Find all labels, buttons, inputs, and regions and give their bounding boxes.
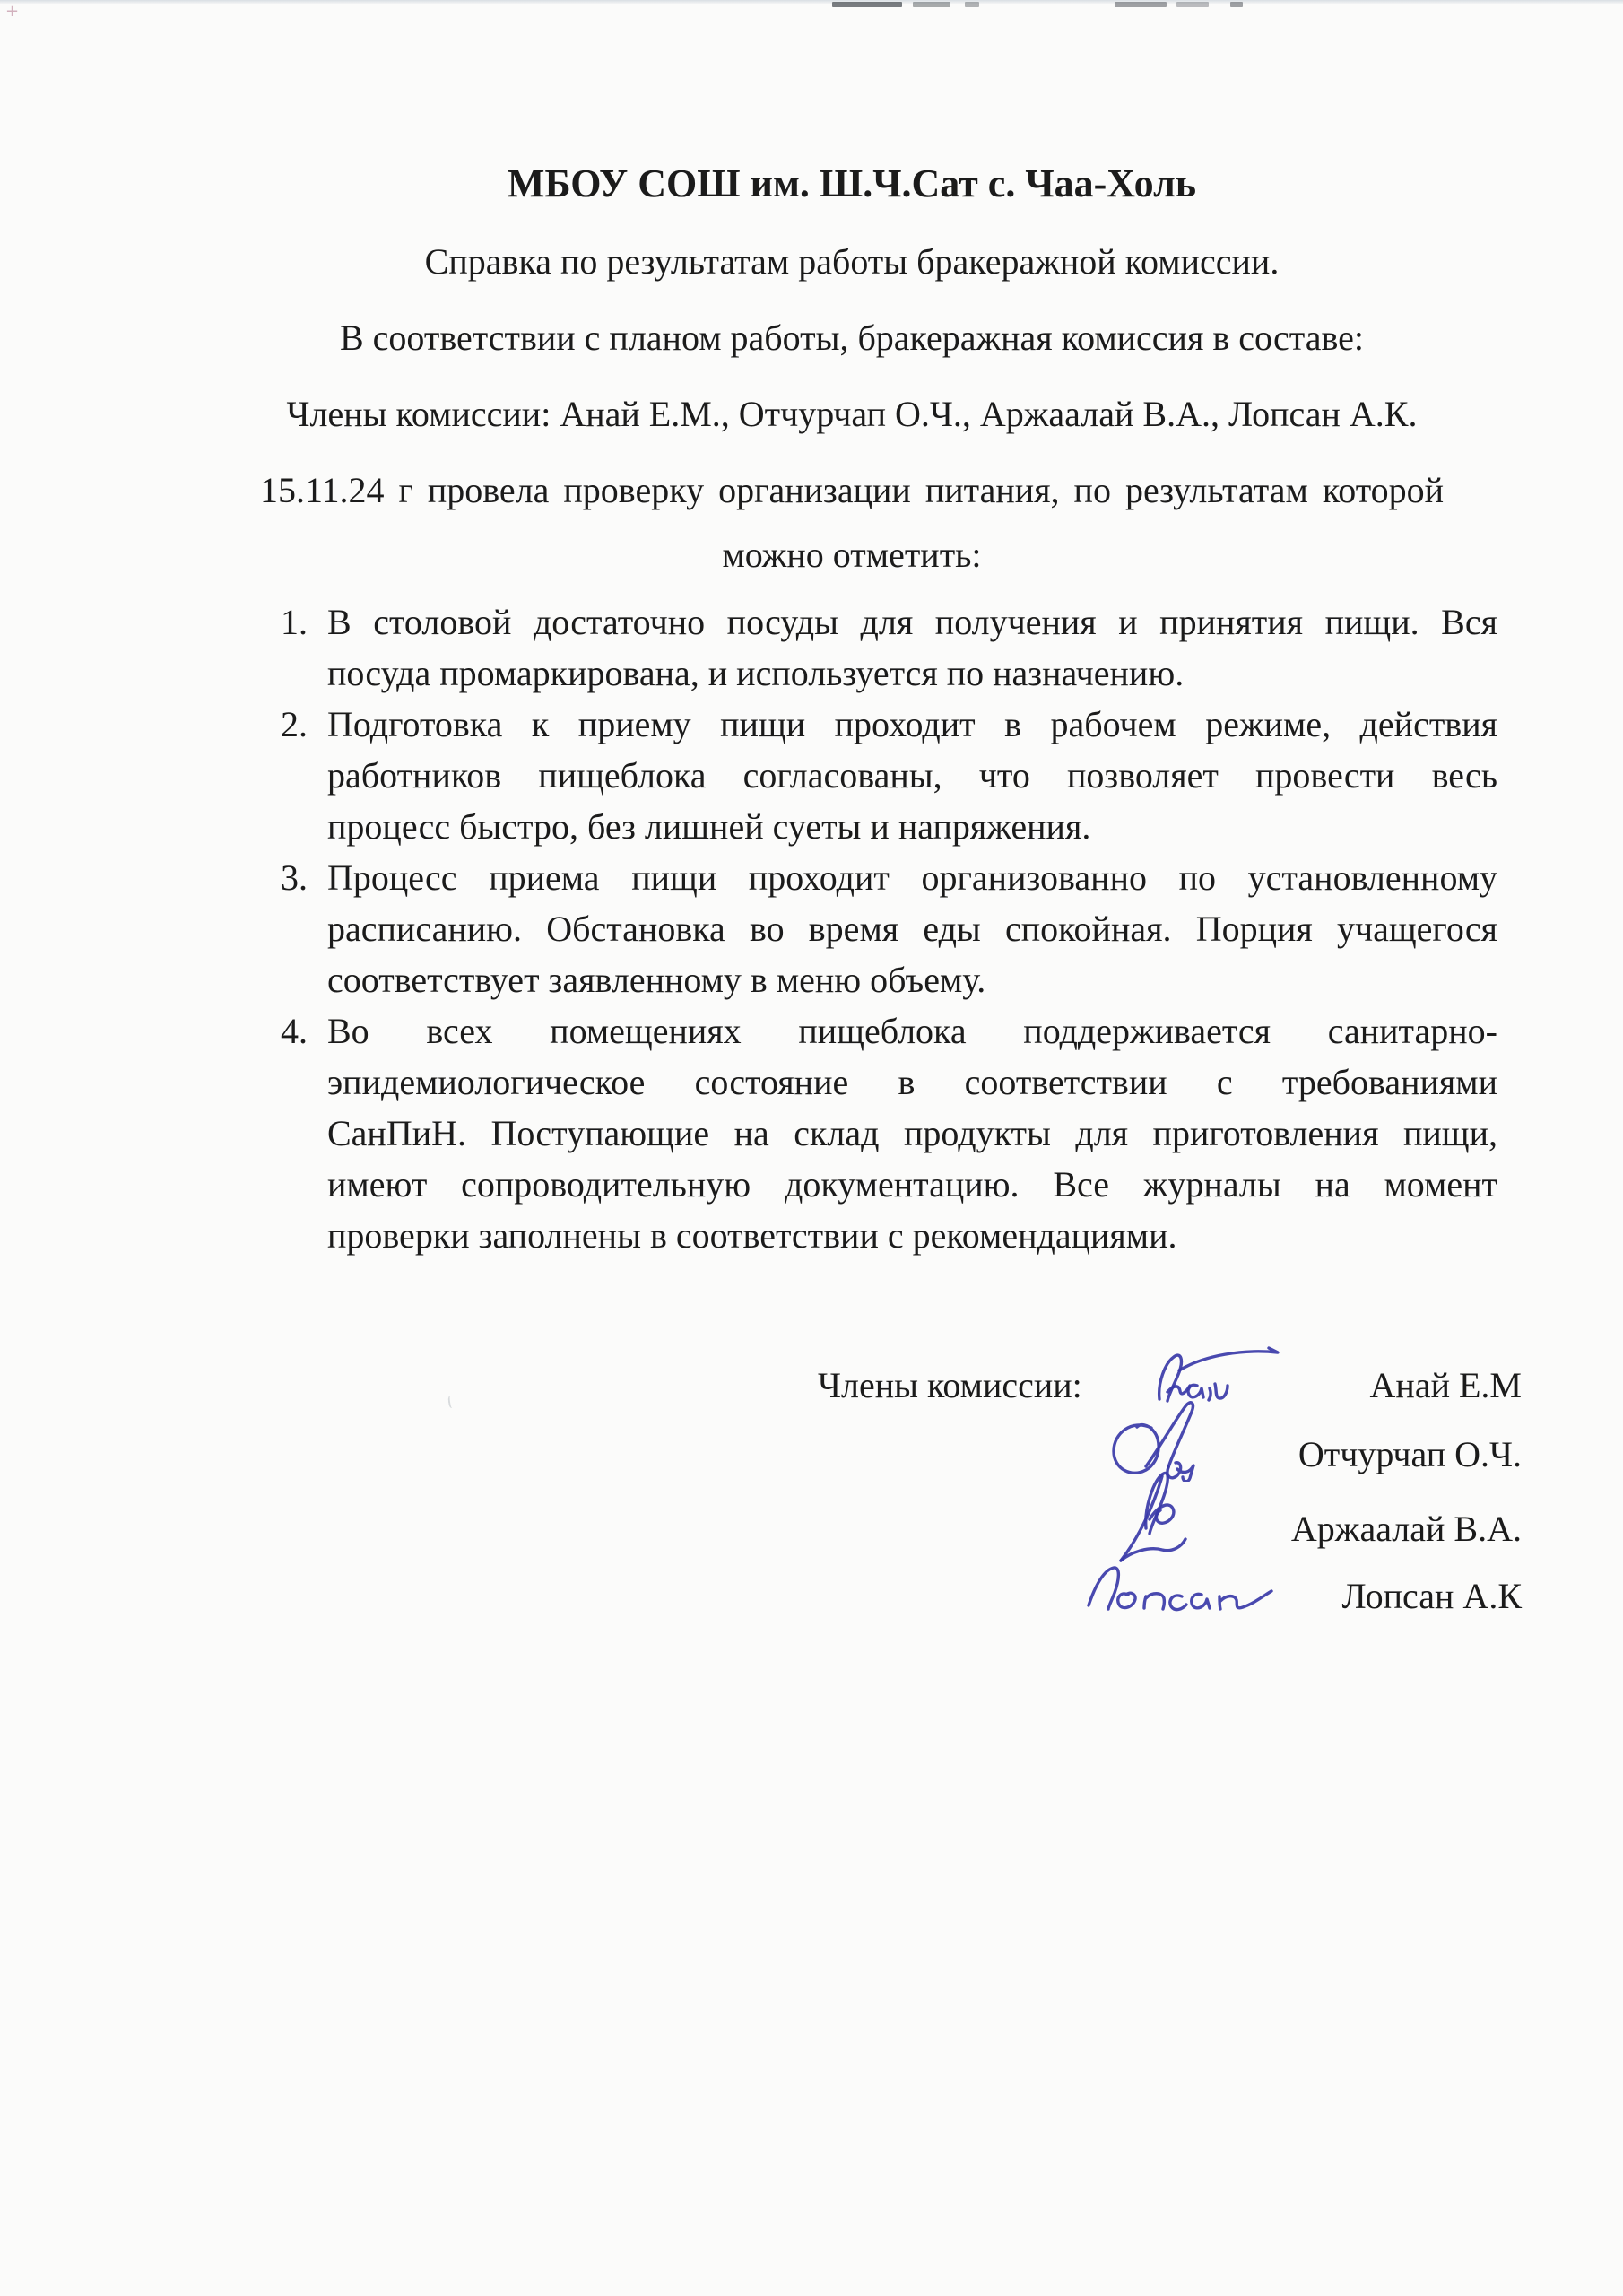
signatures-label: Члены комиссии: bbox=[818, 1365, 1082, 1406]
scan-artifact-speck bbox=[447, 1396, 456, 1409]
report-subtitle: Справка по результатам работы бракеражно… bbox=[206, 241, 1497, 283]
list-item-3: 3. Процесс приема пищи проходит организо… bbox=[327, 852, 1497, 1005]
scan-artifact-plus: + bbox=[5, 2, 19, 21]
list-item-1-number: 1. bbox=[281, 596, 322, 648]
list-item-2-line: процесс быстро, без лишней суеты и напря… bbox=[327, 801, 1497, 852]
list-item-2-line: работников пищеблока согласованы, что по… bbox=[327, 750, 1497, 801]
list-item-1: 1. В столовой достаточно посуды для полу… bbox=[327, 596, 1497, 699]
scan-artifact-dash bbox=[1230, 2, 1243, 7]
page-title: МБОУ СОШ им. Ш.Ч.Сат с. Чаа-Холь bbox=[206, 163, 1497, 204]
list-item-2: 2. Подготовка к приему пищи проходит в р… bbox=[327, 699, 1497, 852]
findings-list: 1. В столовой достаточно посуды для полу… bbox=[327, 596, 1497, 1261]
member-name-anay: Анай Е.М bbox=[1370, 1365, 1522, 1406]
scan-artifact-dash bbox=[1176, 2, 1209, 7]
scan-edge-strip bbox=[0, 0, 1623, 4]
scan-artifact-dash bbox=[1115, 2, 1167, 7]
intro-line-note: можно отметить: bbox=[206, 535, 1497, 576]
signature-anay-ink bbox=[1150, 1344, 1287, 1406]
scan-artifact-dash bbox=[965, 2, 979, 7]
signature-arzhaalay-ink bbox=[1110, 1464, 1211, 1568]
scan-artifact-dash bbox=[832, 2, 902, 7]
list-item-1-line: В столовой достаточно посуды для получен… bbox=[327, 596, 1497, 648]
list-item-3-line: расписанию. Обстановка во время еды спок… bbox=[327, 903, 1497, 954]
signature-lopsan-ink bbox=[1081, 1559, 1302, 1614]
list-item-4-line: эпидемиологическое состояние в соответст… bbox=[327, 1057, 1497, 1108]
list-item-3-line: соответствует заявленному в меню объему. bbox=[327, 954, 1497, 1005]
list-item-1-line: посуда промаркирована, и используется по… bbox=[327, 648, 1497, 699]
intro-line-members: Члены комиссии: Анай Е.М., Отчурчап О.Ч.… bbox=[206, 394, 1497, 435]
list-item-4-line: имеют сопроводительную документацию. Все… bbox=[327, 1159, 1497, 1210]
list-item-4-line: проверки заполнены в соответствии с реко… bbox=[327, 1210, 1497, 1261]
list-item-4-number: 4. bbox=[281, 1005, 322, 1057]
list-item-3-number: 3. bbox=[281, 852, 322, 903]
scanned-document-page: + МБОУ СОШ им. Ш.Ч.Сат с. Чаа-Холь Справ… bbox=[0, 0, 1623, 2296]
intro-line-date: 15.11.24 г провела проверку организации … bbox=[206, 470, 1497, 511]
list-item-4-line: СанПиН. Поступающие на склад продукты дл… bbox=[327, 1108, 1497, 1159]
list-item-4: 4. Во всех помещениях пищеблока поддержи… bbox=[327, 1005, 1497, 1261]
scan-artifact-dash bbox=[913, 2, 950, 7]
member-name-otchurchap: Отчурчап О.Ч. bbox=[1298, 1434, 1522, 1475]
list-item-2-number: 2. bbox=[281, 699, 322, 750]
member-name-lopsan: Лопсан А.К bbox=[1341, 1576, 1522, 1617]
member-name-arzhaalay: Аржаалай В.А. bbox=[1291, 1509, 1522, 1550]
list-item-2-line: Подготовка к приему пищи проходит в рабо… bbox=[327, 699, 1497, 750]
list-item-4-line: Во всех помещениях пищеблока поддерживае… bbox=[327, 1005, 1497, 1057]
intro-line-plan: В соответствии с планом работы, бракераж… bbox=[206, 317, 1497, 359]
list-item-3-line: Процесс приема пищи проходит организован… bbox=[327, 852, 1497, 903]
